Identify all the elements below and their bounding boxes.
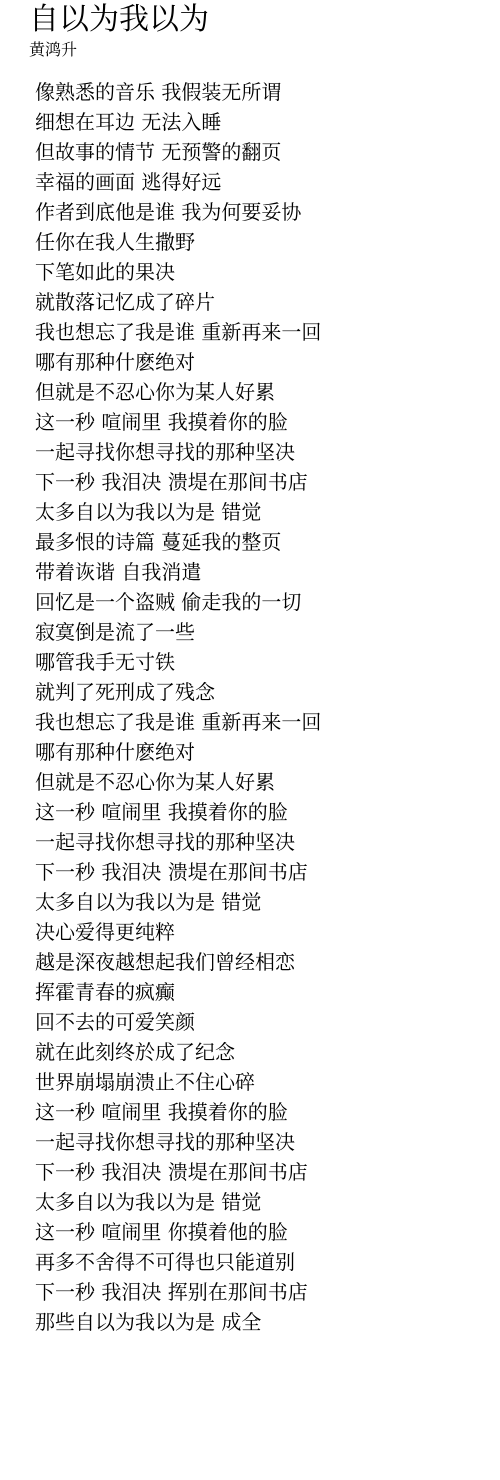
- lyric-line: 再多不舍得不可得也只能道别: [29, 1247, 490, 1277]
- lyric-line: 我也想忘了我是谁 重新再来一回: [29, 317, 490, 347]
- lyric-line: 这一秒 喧闹里 我摸着你的脸: [29, 797, 490, 827]
- lyric-line: 细想在耳边 无法入睡: [29, 107, 490, 137]
- lyric-line: 下一秒 我泪决 溃堤在那间书店: [29, 1157, 490, 1187]
- song-title: 自以为我以为: [29, 2, 490, 38]
- lyric-line: 太多自以为我以为是 错觉: [29, 497, 490, 527]
- lyric-line: 幸福的画面 逃得好远: [29, 167, 490, 197]
- lyric-line: 但就是不忍心你为某人好累: [29, 377, 490, 407]
- lyric-line: 太多自以为我以为是 错觉: [29, 887, 490, 917]
- lyric-line: 这一秒 喧闹里 我摸着你的脸: [29, 407, 490, 437]
- lyric-line: 寂寞倒是流了一些: [29, 617, 490, 647]
- lyric-line: 下笔如此的果决: [29, 257, 490, 287]
- lyric-line: 最多恨的诗篇 蔓延我的整页: [29, 527, 490, 557]
- lyric-line: 这一秒 喧闹里 你摸着他的脸: [29, 1217, 490, 1247]
- lyric-line: 但就是不忍心你为某人好累: [29, 767, 490, 797]
- lyric-line: 但故事的情节 无预警的翻页: [29, 137, 490, 167]
- lyric-line: 我也想忘了我是谁 重新再来一回: [29, 707, 490, 737]
- lyric-line: 像熟悉的音乐 我假装无所谓: [29, 77, 490, 107]
- lyric-line: 就散落记忆成了碎片: [29, 287, 490, 317]
- lyric-line: 就在此刻终於成了纪念: [29, 1037, 490, 1067]
- lyric-line: 作者到底他是谁 我为何要妥协: [29, 197, 490, 227]
- lyric-line: 下一秒 我泪决 溃堤在那间书店: [29, 467, 490, 497]
- lyric-line: 哪有那种什麽绝对: [29, 737, 490, 767]
- lyric-line: 回不去的可爱笑颜: [29, 1007, 490, 1037]
- lyric-line: 下一秒 我泪决 挥别在那间书店: [29, 1277, 490, 1307]
- lyric-line: 一起寻找你想寻找的那种坚决: [29, 437, 490, 467]
- lyric-line: 哪有那种什麽绝对: [29, 347, 490, 377]
- lyric-line: 任你在我人生撒野: [29, 227, 490, 257]
- lyric-line: 回忆是一个盗贼 偷走我的一切: [29, 587, 490, 617]
- lyric-line: 就判了死刑成了残念: [29, 677, 490, 707]
- lyric-line: 一起寻找你想寻找的那种坚决: [29, 1127, 490, 1157]
- lyrics-page: 自以为我以为 黄鸿升 像熟悉的音乐 我假装无所谓细想在耳边 无法入睡但故事的情节…: [0, 0, 500, 1480]
- lyric-line: 这一秒 喧闹里 我摸着你的脸: [29, 1097, 490, 1127]
- artist-name: 黄鸿升: [29, 38, 490, 62]
- lyric-line: 一起寻找你想寻找的那种坚决: [29, 827, 490, 857]
- lyric-line: 那些自以为我以为是 成全: [29, 1307, 490, 1337]
- lyric-line: 越是深夜越想起我们曾经相恋: [29, 947, 490, 977]
- lyric-line: 带着诙谐 自我消遣: [29, 557, 490, 587]
- lyric-line: 决心爱得更纯粹: [29, 917, 490, 947]
- lyric-line: 下一秒 我泪决 溃堤在那间书店: [29, 857, 490, 887]
- lyrics-block: 像熟悉的音乐 我假装无所谓细想在耳边 无法入睡但故事的情节 无预警的翻页幸福的画…: [29, 77, 490, 1337]
- lyric-line: 哪管我手无寸铁: [29, 647, 490, 677]
- lyric-line: 太多自以为我以为是 错觉: [29, 1187, 490, 1217]
- lyric-line: 世界崩塌崩溃止不住心碎: [29, 1067, 490, 1097]
- lyric-line: 挥霍青春的疯癫: [29, 977, 490, 1007]
